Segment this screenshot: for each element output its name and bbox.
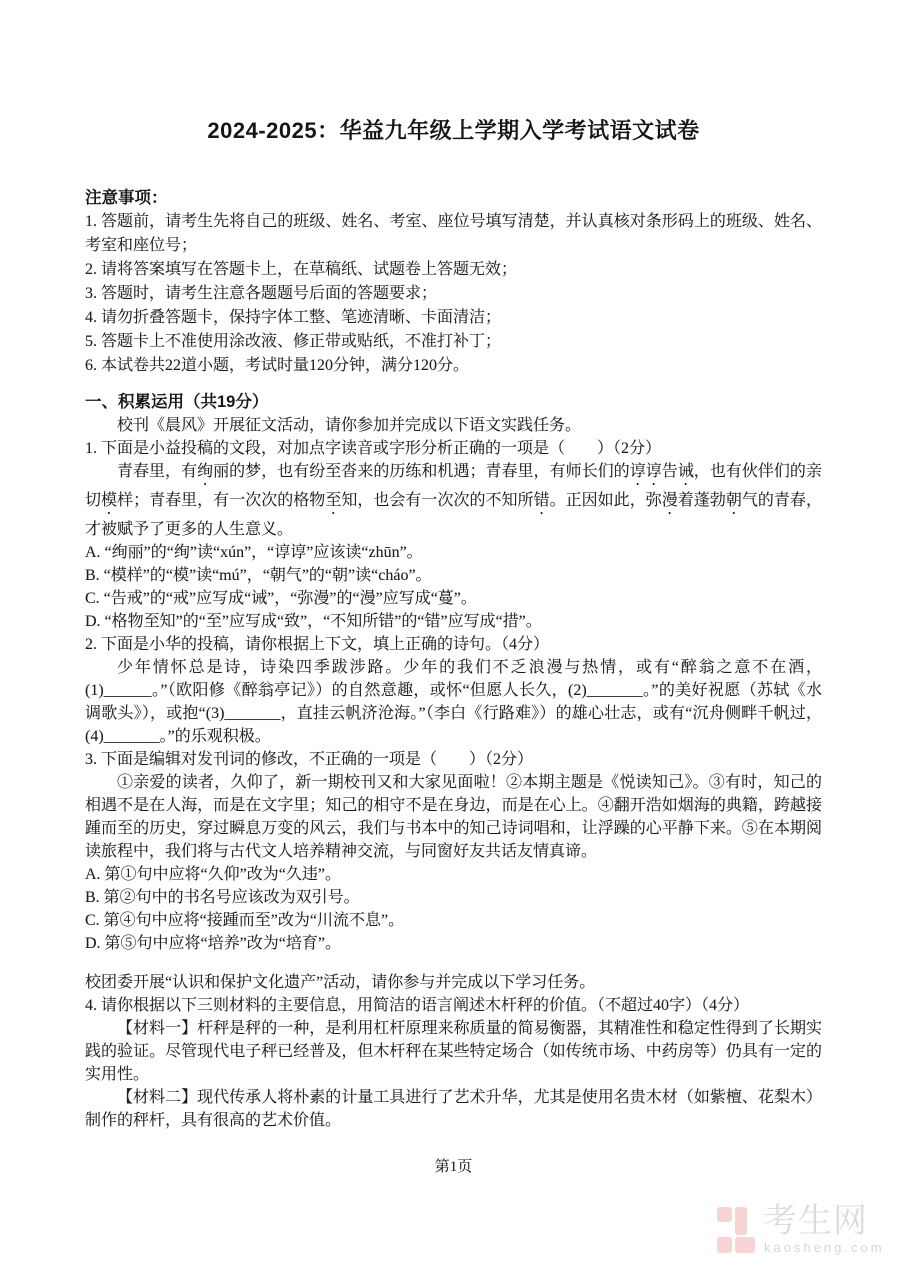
notice-heading: 注意事项：: [85, 186, 822, 210]
exam-title: 2024-2025：华益九年级上学期入学考试语文试卷: [85, 114, 822, 148]
emphasized-character: 至: [325, 492, 341, 509]
emphasized-character: 诫: [678, 463, 694, 480]
question-2-passage: 少年情怀总是诗，诗染四季跋涉路。少年的我们不乏浪漫与热情，或有“醉翁之意不在酒，…: [85, 656, 822, 748]
notice-item-4: 4. 请勿折叠答题卡，保持字体工整、笔迹清晰、卡面清洁；: [85, 306, 822, 330]
passage-text: 丽的梦，也有纷至沓来的历练和机遇；青春里，有师长们的: [213, 463, 630, 480]
emphasized-character: 朝: [726, 492, 742, 509]
question-3-option-b: B. 第②句中的书名号应该改为双引号。: [85, 886, 822, 909]
question-1-option-d: D. “格物至知”的“至”应写成“致”，“不知所错”的“错”应写成“措”。: [85, 610, 822, 633]
question-3-option-a: A. 第①句中应将“久仰”改为“久违”。: [85, 863, 822, 886]
question-2-stem: 2. 下面是小华的投稿，请你根据上下文，填上正确的诗句。（4分）: [85, 633, 822, 656]
question-4-material-2: 【材料二】现代传承人将朴素的计量工具进行了艺术升华，尤其是使用名贵木材（如紫檀、…: [85, 1086, 822, 1132]
emphasized-character: 漫: [662, 492, 678, 509]
section-1-heading: 一、积累运用（共19分）: [85, 391, 822, 414]
watermark-site-name: 考生网: [763, 1202, 868, 1240]
passage-text: 告: [662, 463, 678, 480]
notice-item-1: 1. 答题前，请考生先将自己的班级、姓名、考室、座位号填写清楚，并认真核对条形码…: [85, 210, 822, 258]
question-1-passage: 青春里，有绚丽的梦，也有纷至沓来的历练和机遇；青春里，有师长们的谆谆告诫，也有伙…: [85, 460, 822, 541]
emphasized-character: 绚: [197, 463, 213, 480]
kaosheng-watermark: 考生网 kaosheng.com: [714, 1204, 889, 1266]
emphasized-character: 谆谆: [630, 463, 662, 480]
question-4-stem: 4. 请你根据以下三则材料的主要信息，用简洁的语言阐述木杆秤的价值。（不超过40…: [85, 994, 822, 1017]
notice-item-6: 6. 本试卷共22道小题，考试时量120分钟，满分120分。: [85, 354, 822, 378]
watermark-logo-block-icon: [717, 1237, 732, 1253]
notice-item-5: 5. 答题卡上不准使用涂改液、修正带或贴纸，不准打补丁；: [85, 330, 822, 354]
watermark-logo-block-icon: [717, 1207, 732, 1222]
watermark-logo-bar-icon: [735, 1207, 747, 1235]
activity-intro: 校团委开展“认识和保护文化遗产”活动，请你参与并完成以下学习任务。: [85, 971, 822, 994]
page-content: 2024-2025：华益九年级上学期入学考试语文试卷 注意事项： 1. 答题前，…: [85, 0, 822, 1178]
watermark-site-domain: kaosheng.com: [764, 1240, 885, 1255]
section-1-intro: 校刊《晨风》开展征文活动，请你参加并完成以下语文实践任务。: [85, 414, 822, 437]
passage-text: 着蓬勃: [678, 492, 726, 509]
question-3-option-d: D. 第⑤句中应将“培养”改为“培育”。: [85, 932, 822, 955]
question-1-stem: 1. 下面是小益投稿的文段，对加点字读音或字形分析正确的一项是（ ）（2分）: [85, 437, 822, 460]
passage-text: 样；青春里，有一次次的格物: [117, 492, 325, 509]
passage-text: 青春里，有: [117, 463, 197, 480]
question-3-option-c: C. 第④句中应将“接踵而至”改为“川流不息”。: [85, 909, 822, 932]
question-1-option-c: C. “告戒”的“戒”应写成“诫”，“弥漫”的“漫”应写成“蔓”。: [85, 587, 822, 610]
question-1-option-b: B. “模样”的“模”读“mú”，“朝气”的“朝”读“cháo”。: [85, 564, 822, 587]
emphasized-character: 模: [101, 492, 117, 509]
passage-text: 知，也会有一次次的不知所: [341, 492, 533, 509]
page-number: 第1页: [85, 1156, 822, 1178]
passage-text: 。正因如此，弥: [550, 492, 662, 509]
question-4-material-1: 【材料一】杆秤是秤的一种，是利用杠杆原理来称质量的简易衡器，其精准性和稳定性得到…: [85, 1017, 822, 1086]
emphasized-character: 错: [534, 492, 550, 509]
question-3-passage: ①亲爱的读者，久仰了，新一期校刊又和大家见面啦！②本期主题是《悦读知己》。③有时…: [85, 771, 822, 863]
question-1-option-a: A. “绚丽”的“绚”读“xún”，“谆谆”应该读“zhūn”。: [85, 541, 822, 564]
notice-item-2: 2. 请将答案填写在答题卡上，在草稿纸、试题卷上答题无效；: [85, 258, 822, 282]
question-3-stem: 3. 下面是编辑对发刊词的修改，不正确的一项是（ ）（2分）: [85, 748, 822, 771]
notice-item-3: 3. 答题时，请考生注意各题题号后面的答题要求；: [85, 282, 822, 306]
watermark-logo-block-icon: [735, 1237, 755, 1253]
exam-paper-page: 2024-2025：华益九年级上学期入学考试语文试卷 注意事项： 1. 答题前，…: [0, 0, 900, 1273]
